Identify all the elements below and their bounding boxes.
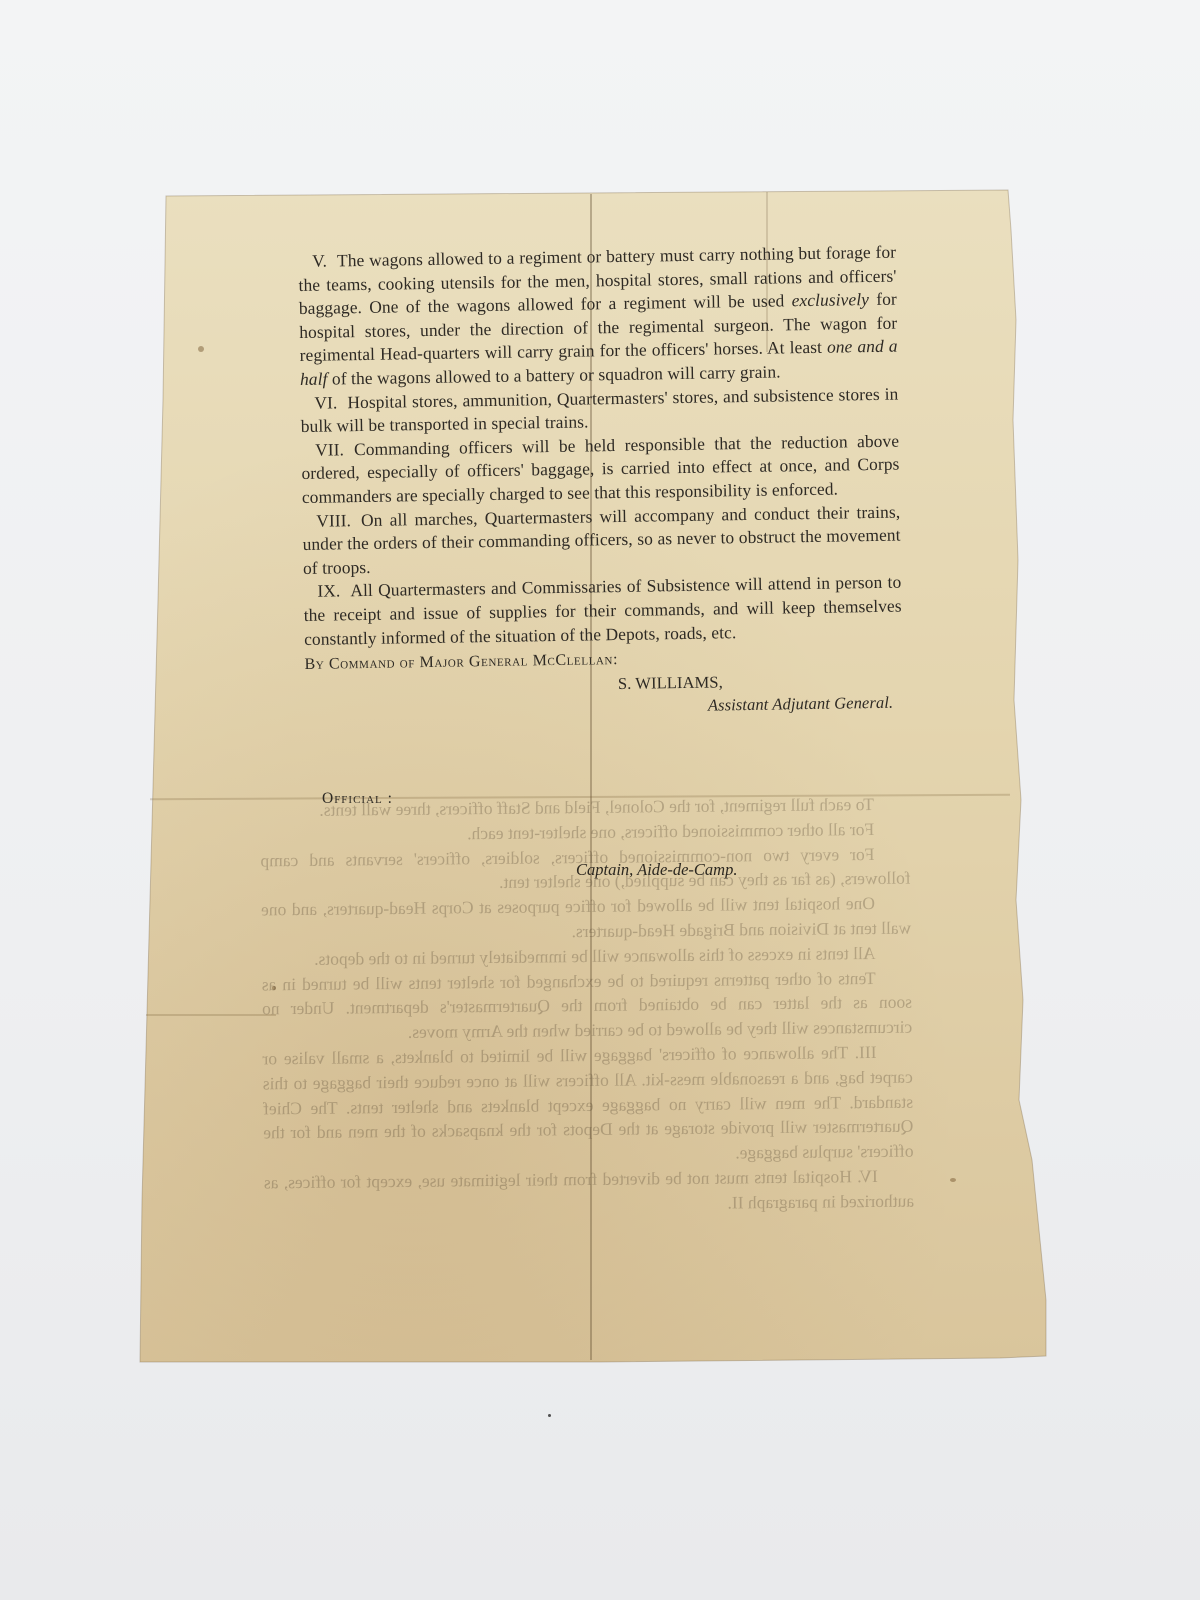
paragraph-number: VIII. (316, 510, 351, 531)
paragraph-text: All Quartermasters and Commissaries of S… (304, 572, 902, 649)
bleed-paragraph: III. The allowance of officers' baggage … (262, 1040, 913, 1171)
paragraph-v: V.The wagons allowed to a regiment or ba… (298, 241, 898, 392)
paragraph-number: VII. (315, 439, 344, 459)
paragraph-number: IX. (317, 581, 340, 601)
paragraph-text: of the wagons allowed to a battery or sq… (327, 361, 780, 388)
emphasis-text: exclusively (791, 289, 869, 310)
paragraph-text: Commanding officers will be held respons… (301, 430, 899, 507)
paragraph-number: V. (312, 251, 327, 271)
bleed-through-text: To each full regiment, for the Colonel, … (260, 792, 914, 1220)
paragraph-viii: VIII.On all marches, Quartermasters will… (302, 500, 901, 580)
ink-spot (950, 1178, 956, 1182)
paragraph-vii: VII.Commanding officers will be held res… (301, 429, 900, 509)
bleed-paragraph: One hospital tent will be allowed for of… (261, 891, 911, 947)
bleed-paragraph: IV. Hospital tents must not be diverted … (264, 1164, 914, 1220)
document-sheet: To each full regiment, for the Colonel, … (0, 0, 1200, 1600)
paragraph-number: VI. (314, 392, 337, 412)
official-label: Official : (322, 790, 393, 808)
ink-spot (548, 1414, 551, 1417)
paragraph-text: Hospital stores, ammunition, Quartermast… (301, 383, 899, 436)
ink-spot (198, 346, 204, 352)
order-body: V.The wagons allowed to a regiment or ba… (298, 241, 903, 724)
captain-line: Captain, Aide-de-Camp. (576, 860, 737, 880)
paragraph-ix: IX.All Quartermasters and Commissaries o… (303, 571, 902, 651)
bleed-paragraph: Tents of other patterns required to be e… (262, 965, 913, 1046)
paragraph-text: On all marches, Quartermasters will acco… (302, 501, 900, 578)
